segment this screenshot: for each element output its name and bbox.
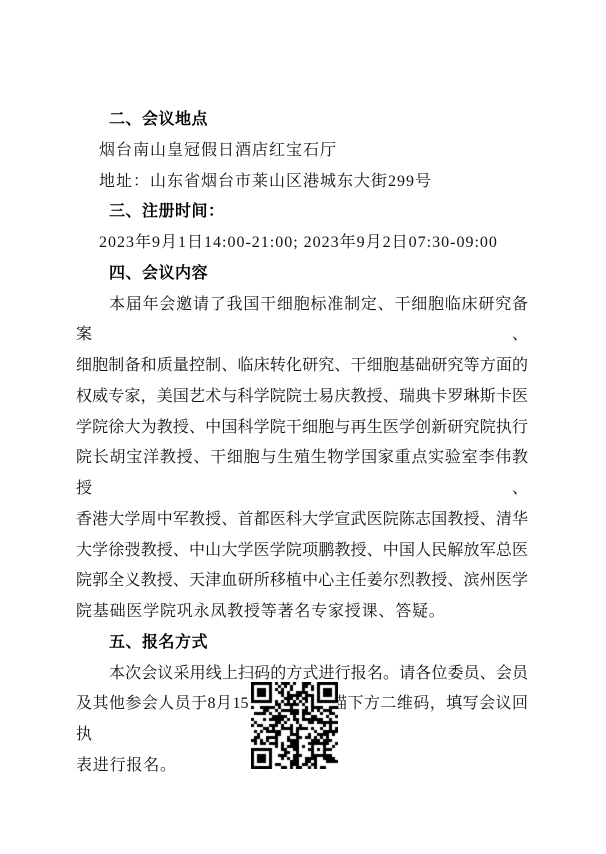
section-heading-registration-time: 三、注册时间： xyxy=(76,197,528,228)
document-page: 二、会议地点 烟台南山皇冠假日酒店红宝石厅 地址：山东省烟台市莱山区港城东大街2… xyxy=(0,0,606,854)
content-paragraph-line: 院长胡宝洋教授、干细胞与生殖生物学国家重点实验室李伟教授、 xyxy=(76,443,528,505)
address-line: 地址：山东省烟台市莱山区港城东大街299号 xyxy=(76,167,528,198)
section-heading-content: 四、会议内容 xyxy=(76,259,528,290)
content-paragraph-line: 细胞制备和质量控制、临床转化研究、干细胞基础研究等方面的 xyxy=(76,351,528,382)
section-heading-venue: 二、会议地点 xyxy=(76,105,528,136)
content-paragraph-line: 本届年会邀请了我国干细胞标准制定、干细胞临床研究备案、 xyxy=(76,290,528,352)
content-paragraph-line: 院基础医学院巩永凤教授等著名专家授课、答疑。 xyxy=(76,597,528,628)
content-paragraph-line: 大学徐弢教授、中山大学医学院项鹏教授、中国人民解放军总医 xyxy=(76,536,528,567)
content-paragraph-line: 香港大学周中军教授、首都医科大学宣武医院陈志国教授、清华 xyxy=(76,505,528,536)
registration-time-line: 2023年9月1日14:00-21:00; 2023年9月2日07:30-09:… xyxy=(76,228,528,259)
content-paragraph-line: 学院徐大为教授、中国科学院干细胞与再生医学创新研究院执行 xyxy=(76,413,528,444)
content-paragraph-line: 院郭全义教授、天津血研所移植中心主任姜尔烈教授、滨州医学 xyxy=(76,566,528,597)
venue-line: 烟台南山皇冠假日酒店红宝石厅 xyxy=(76,136,528,167)
document-body: 二、会议地点 烟台南山皇冠假日酒店红宝石厅 地址：山东省烟台市莱山区港城东大街2… xyxy=(76,105,528,782)
section-heading-signup: 五、报名方式 xyxy=(76,628,528,659)
registration-qr-code xyxy=(251,682,338,769)
content-paragraph-line: 权威专家，美国艺术与科学院院士易庆教授、瑞典卡罗琳斯卡医 xyxy=(76,382,528,413)
